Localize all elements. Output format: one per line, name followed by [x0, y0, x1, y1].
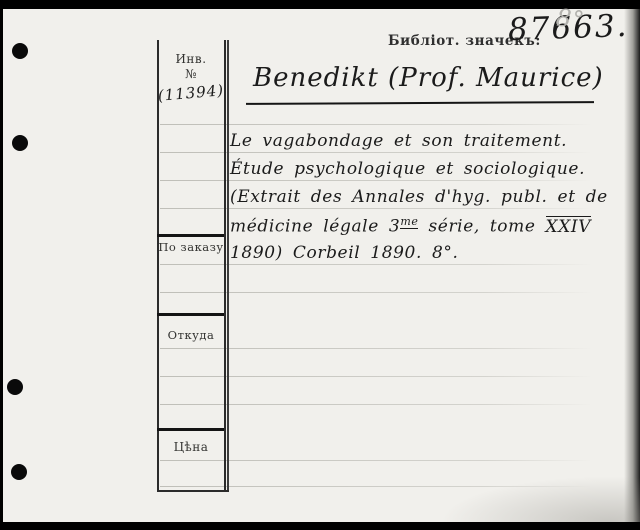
body-line-2: Étude psychologique et sociologique.	[230, 159, 585, 179]
scan-edge-shadow-corner	[440, 476, 640, 522]
catalog-card-scan: Инв. № (11394) По заказу Откуда Цѣна Биб…	[0, 0, 640, 530]
body-line-3: (Extrait des Annales d'hyg. publ. et de	[230, 187, 608, 207]
author-heading-handwritten: Benedikt (Prof. Maurice)	[253, 63, 604, 93]
punch-hole	[12, 135, 28, 151]
inventory-label-line2: №	[157, 67, 225, 81]
body-line-4-mid: série, tome	[418, 217, 545, 237]
punch-hole	[7, 379, 23, 395]
punch-hole	[11, 464, 27, 480]
column-divider	[157, 313, 224, 316]
column-divider	[157, 234, 224, 237]
body-line-1: Le vagabondage et son traitement.	[230, 131, 567, 151]
ledger-column	[157, 40, 226, 492]
punch-hole	[12, 43, 28, 59]
inventory-label-line1: Инв.	[157, 52, 225, 66]
body-line-4-prefix: médicine légale 3	[230, 217, 400, 237]
body-line-4-roman-numeral: XXIV	[546, 216, 592, 237]
pencil-format-note: 8°	[555, 4, 587, 35]
origin-label: Откуда	[157, 328, 225, 342]
column-divider	[157, 428, 224, 431]
ledger-column-bottom-line	[157, 490, 229, 492]
scan-edge-shadow-right	[624, 9, 640, 522]
price-label: Цѣна	[157, 440, 225, 454]
body-line-4-superscript: me	[400, 215, 418, 229]
order-label: По заказу	[157, 240, 225, 254]
body-line-4: médicine légale 3me série, tome XXIV	[230, 215, 591, 237]
ledger-column-double-line	[227, 40, 229, 492]
body-line-5: 1890) Corbeil 1890. 8°.	[230, 243, 458, 263]
